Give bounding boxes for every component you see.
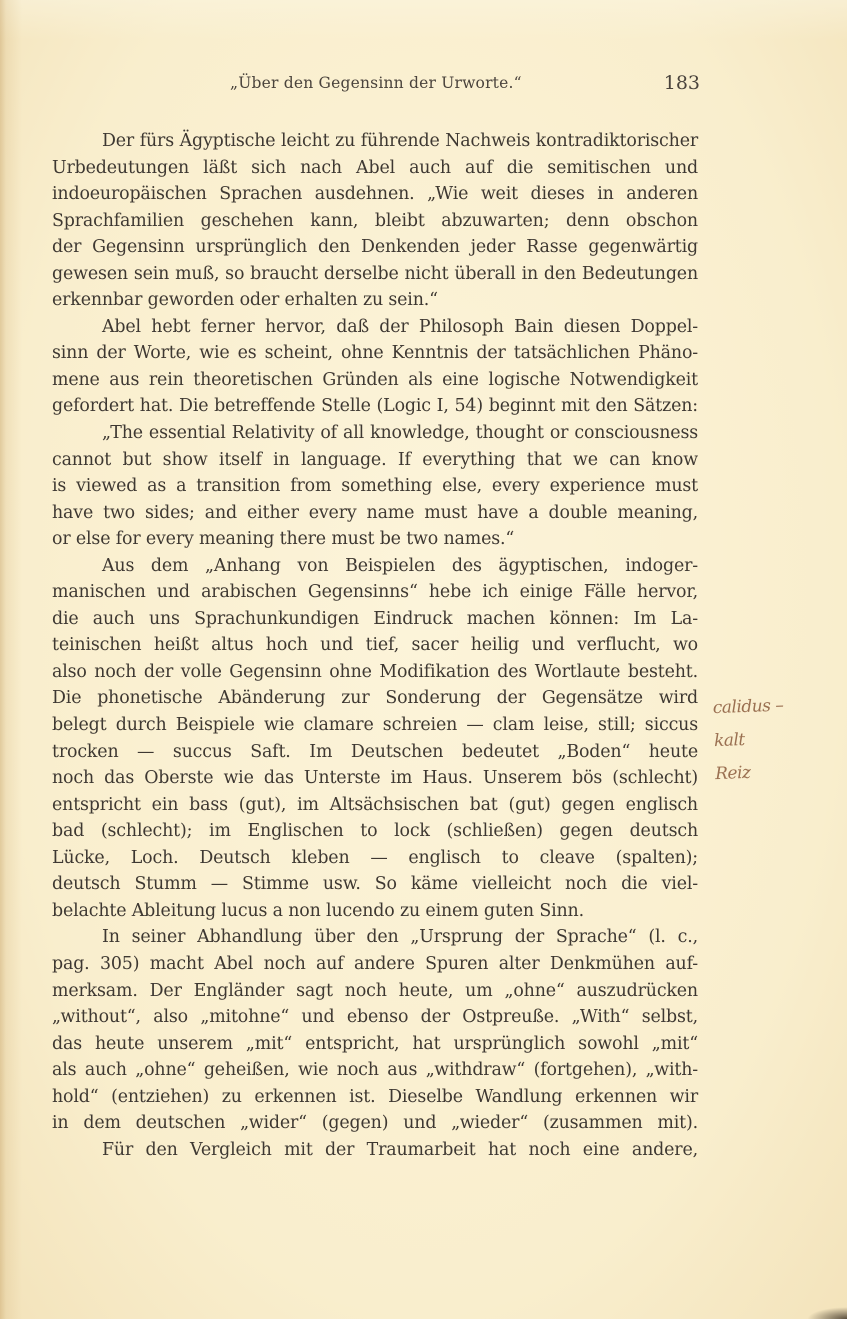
text-line: bad (schlecht); im Englischen to lock (s… [52, 818, 698, 845]
text-line: deutsch Stumm — Stimme usw. So käme viel… [52, 871, 698, 898]
text-line: is viewed as a transition from something… [52, 473, 698, 500]
text-line: or else for every meaning there must be … [52, 526, 698, 553]
text-line: „without“, also „mitohne“ und ebenso der… [52, 1004, 698, 1031]
text-line: trocken — succus Saft. Im Deutschen bede… [52, 739, 698, 766]
text-line: belachte Ableitung lucus a non lucendo z… [52, 898, 698, 925]
text-line: pag. 305) macht Abel noch auf andere Spu… [52, 951, 698, 978]
text-line: sinn der Worte, wie es scheint, ohne Ken… [52, 340, 698, 367]
text-line: mene aus rein theoretischen Gründen als … [52, 367, 698, 394]
text-line: belegt durch Beispiele wie clamare schre… [52, 712, 698, 739]
text-line: „The essential Relativity of all knowled… [52, 420, 698, 447]
marginal-note: Reiz [715, 754, 836, 791]
text-line: das heute unserem „mit“ entspricht, hat … [52, 1031, 698, 1058]
text-line: manischen und arabischen Gegensinns“ heb… [52, 579, 698, 606]
text-line: die auch uns Sprachunkundigen Eindruck m… [52, 606, 698, 633]
text-line: Sprachfamilien geschehen kann, bleibt ab… [52, 208, 698, 235]
text-line: Die phonetische Abänderung zur Sonderung… [52, 685, 698, 712]
text-line: der Gegensinn ursprünglich den Denkenden… [52, 234, 698, 261]
text-line: cannot but show itself in language. If e… [52, 447, 698, 474]
text-line: Lücke, Loch. Deutsch kleben — englisch t… [52, 845, 698, 872]
text-line: teinischen heißt altus hoch und tief, sa… [52, 632, 698, 659]
text-line: noch das Oberste wie das Unterste im Hau… [52, 765, 698, 792]
text-line: Für den Vergleich mit der Traumarbeit ha… [52, 1137, 698, 1164]
page-number: 183 [664, 72, 700, 94]
text-line: hold“ (entziehen) zu erkennen ist. Diese… [52, 1084, 698, 1111]
text-line: Aus dem „Anhang von Beispielen des ägypt… [52, 553, 698, 580]
text-line: merksam. Der Engländer sagt noch heute, … [52, 978, 698, 1005]
text-line: indoeuropäischen Sprachen ausdehnen. „Wi… [52, 181, 698, 208]
text-line: erkennbar geworden oder erhalten zu sein… [52, 287, 698, 314]
text-line: In seiner Abhandlung über den „Ursprung … [52, 924, 698, 951]
handwritten-marginalia: calidus – kalt Reiz [712, 688, 835, 791]
running-head: „Über den Gegensinn der Urworte.“ 183 [52, 74, 700, 102]
text-line: als auch „ohne“ geheißen, wie noch aus „… [52, 1057, 698, 1084]
marginal-note: kalt [713, 721, 834, 758]
text-line: also noch der volle Gegensinn ohne Modif… [52, 659, 698, 686]
page-corner-smudge [807, 1307, 847, 1319]
running-title: „Über den Gegensinn der Urworte.“ [230, 74, 522, 92]
text-line: Urbedeutungen läßt sich nach Abel auch a… [52, 155, 698, 182]
body-text: Der fürs Ägyptische leicht zu führende N… [52, 128, 698, 1163]
text-line: entspricht ein bass (gut), im Altsächsis… [52, 792, 698, 819]
marginal-note: calidus – [712, 688, 833, 725]
book-page: „Über den Gegensinn der Urworte.“ 183 De… [0, 0, 847, 1319]
text-line: in dem deutschen „wider“ (gegen) und „wi… [52, 1110, 698, 1137]
text-line: have two sides; and either every name mu… [52, 500, 698, 527]
text-line: Abel hebt ferner hervor, daß der Philoso… [52, 314, 698, 341]
text-line: gefordert hat. Die betreffende Stelle (L… [52, 393, 698, 420]
text-line: gewesen sein muß, so braucht derselbe ni… [52, 261, 698, 288]
text-line: Der fürs Ägyptische leicht zu führende N… [52, 128, 698, 155]
